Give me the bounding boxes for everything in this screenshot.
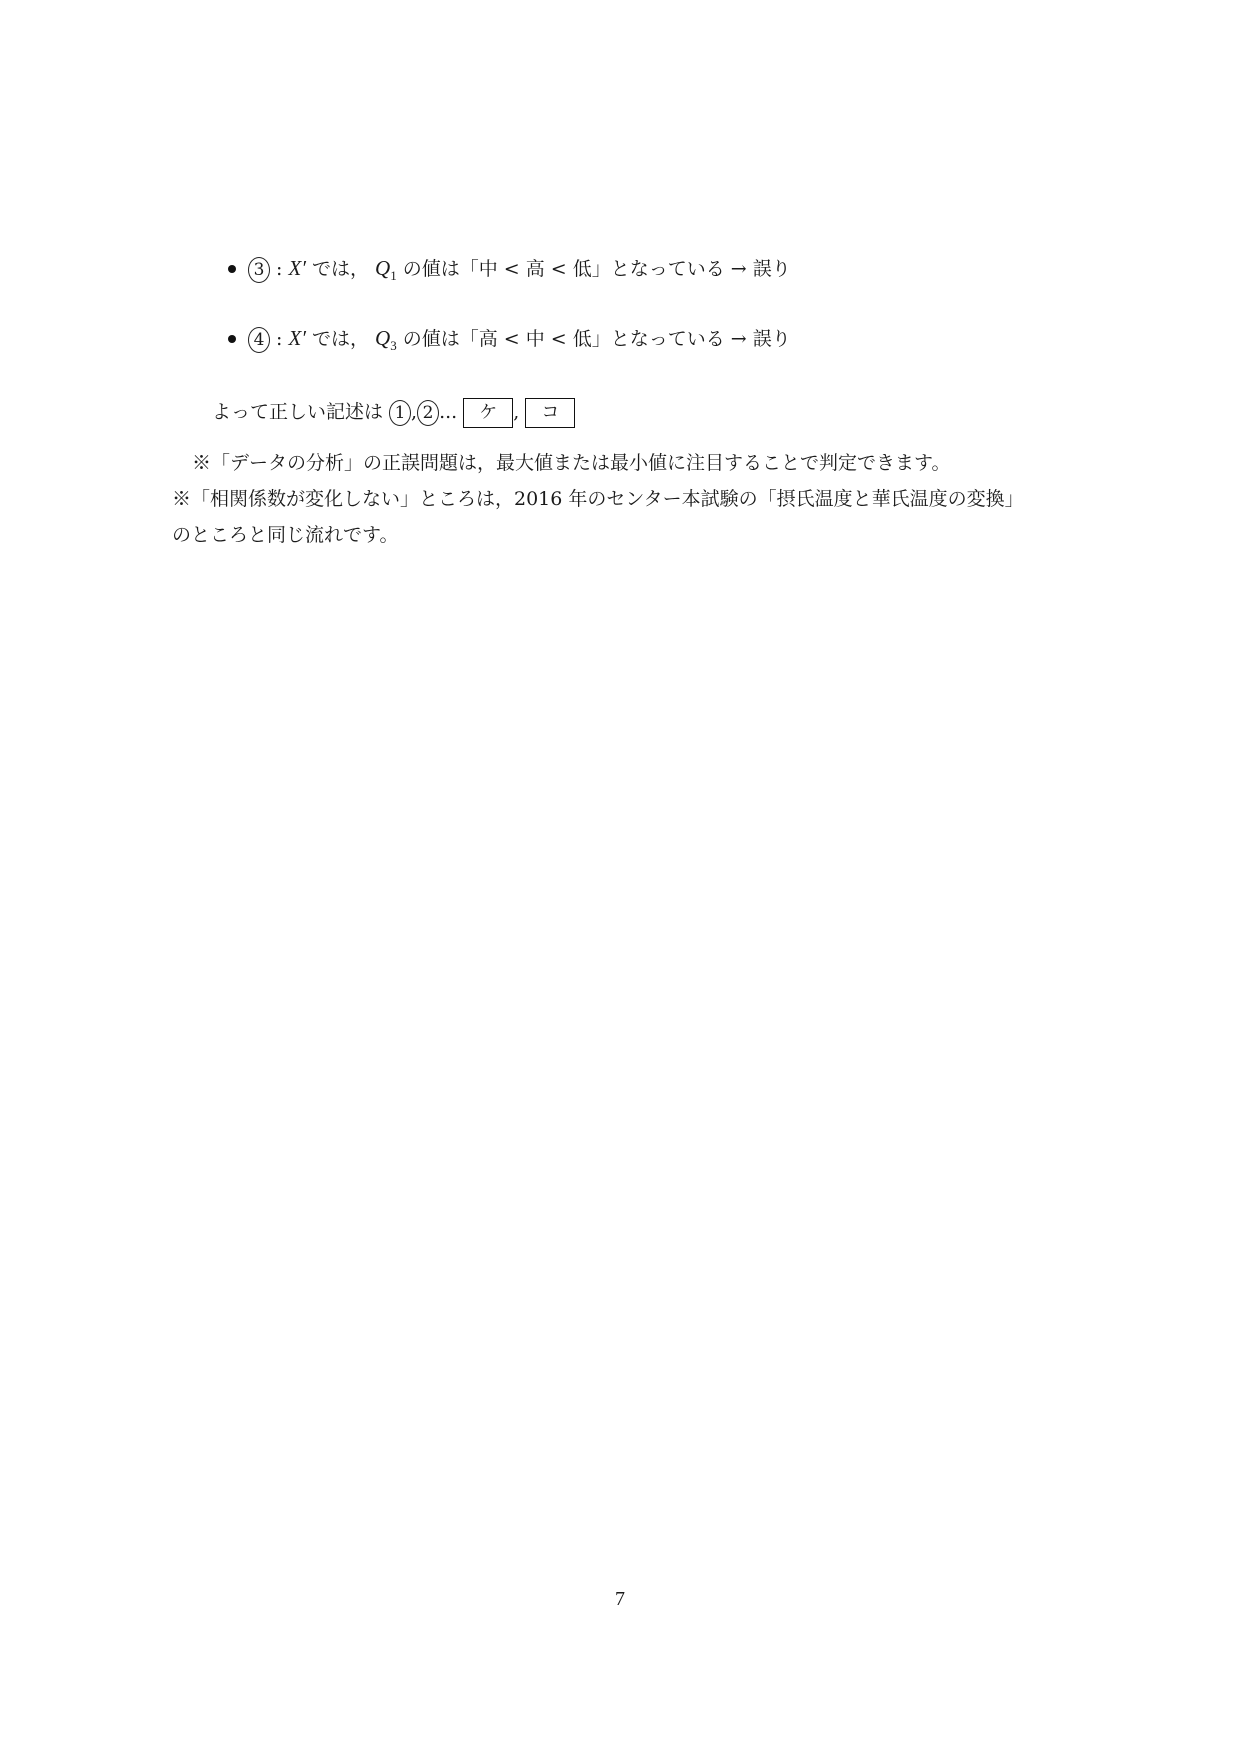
separator: ,: [513, 401, 519, 423]
quartile-symbol: Q3: [375, 326, 397, 350]
bullet-dot-icon: [228, 265, 236, 273]
ellipsis: ...: [439, 401, 457, 423]
quartile-symbol: Q1: [375, 256, 397, 280]
page-number: 7: [0, 1588, 1240, 1611]
text: では，: [306, 258, 369, 280]
math-variable: X′: [289, 326, 306, 350]
math-variable: X′: [289, 256, 306, 280]
circled-number: 3: [248, 257, 270, 283]
conclusion-prefix: よって正しい記述は: [212, 401, 389, 423]
colon: :: [276, 328, 288, 350]
answer-box-ko: コ: [525, 398, 575, 428]
conclusion-line: よって正しい記述は 1,2... ケ, コ: [212, 396, 575, 428]
circled-number: 4: [248, 327, 270, 353]
circled-number: 1: [389, 400, 411, 426]
colon: :: [276, 258, 288, 280]
circled-number: 2: [417, 400, 439, 426]
note-correlation-cont: のところと同じ流れです。: [172, 518, 398, 553]
bullet-item-4: 4 : X′ では， Q3 の値は「高 < 中 < 低」となっている → 誤り: [228, 326, 791, 358]
text: の値は「高 < 中 < 低」となっている → 誤り: [397, 328, 791, 350]
answer-box-ke: ケ: [463, 398, 513, 428]
note-data-analysis: ※「データの分析」の正誤問題は，最大値または最小値に注目することで判定できます。: [192, 446, 950, 481]
text: の値は「中 < 高 < 低」となっている → 誤り: [397, 258, 791, 280]
text: では，: [306, 328, 369, 350]
bullet-item-3: 3 : X′ では， Q1 の値は「中 < 高 < 低」となっている → 誤り: [228, 256, 791, 288]
bullet-dot-icon: [228, 335, 236, 343]
note-correlation: ※「相関係数が変化しない」ところは，2016 年のセンター本試験の「摂氏温度と華…: [172, 482, 1024, 517]
